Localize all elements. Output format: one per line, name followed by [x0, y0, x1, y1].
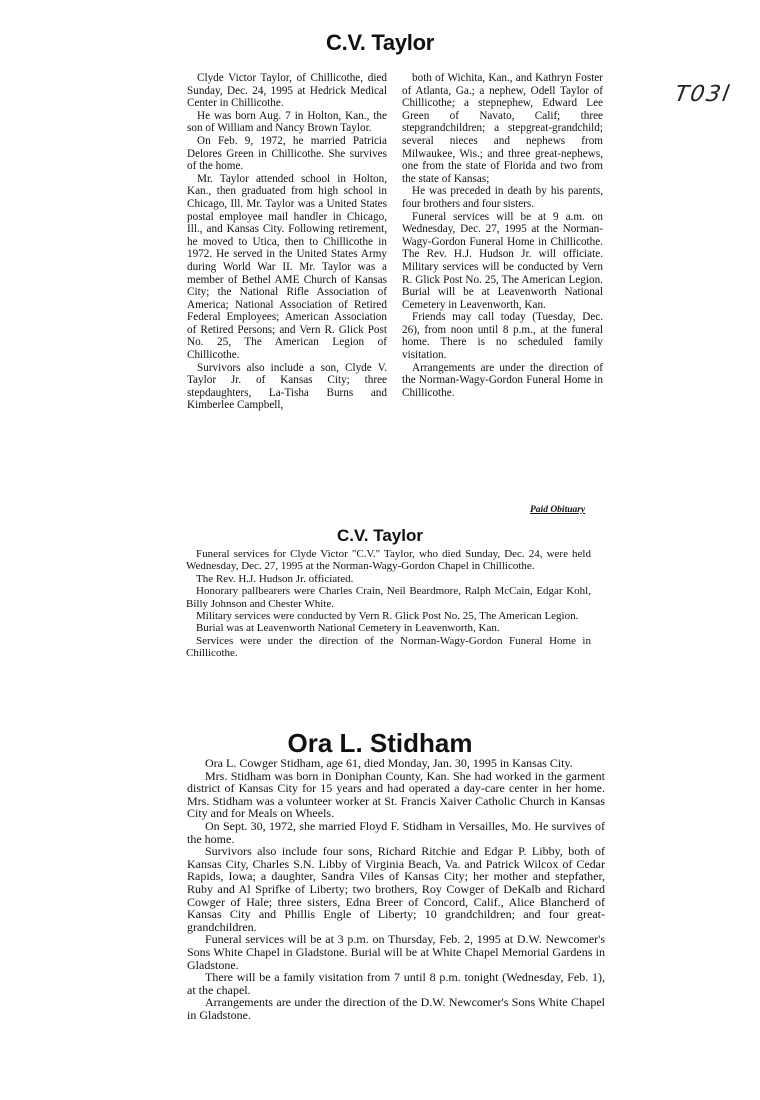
obituary2-body: Funeral services for Clyde Victor "C.V."…	[186, 548, 591, 660]
paragraph: Funeral services for Clyde Victor "C.V."…	[186, 548, 591, 573]
paragraph: Arrangements are under the direction of …	[402, 362, 603, 400]
paragraph: He was preceded in death by his parents,…	[402, 185, 603, 210]
paragraph: Honorary pallbearers were Charles Crain,…	[186, 585, 591, 610]
paragraph: Funeral services will be at 3 p.m. on Th…	[187, 933, 605, 971]
obituary1-column-2: both of Wichita, Kan., and Kathryn Foste…	[402, 72, 603, 399]
paragraph: Services were under the direction of the…	[186, 635, 591, 660]
paragraph: both of Wichita, Kan., and Kathryn Foste…	[402, 72, 603, 185]
obituary3-body: Ora L. Cowger Stidham, age 61, died Mond…	[187, 757, 605, 1021]
paragraph: Clyde Victor Taylor, of Chillicothe, die…	[187, 72, 387, 110]
paragraph: The Rev. H.J. Hudson Jr. officiated.	[186, 573, 591, 585]
paragraph: Military services were conducted by Vern…	[186, 610, 591, 622]
paragraph: Ora L. Cowger Stidham, age 61, died Mond…	[187, 757, 605, 770]
obituary-title-cv-taylor: C.V. Taylor	[0, 30, 760, 56]
obituary-title-cv-taylor-followup: C.V. Taylor	[0, 526, 760, 546]
paragraph: He was born Aug. 7 in Holton, Kan., the …	[187, 110, 387, 135]
paragraph: On Sept. 30, 1972, she married Floyd F. …	[187, 820, 605, 845]
obituary-title-ora-stidham: Ora L. Stidham	[0, 728, 760, 759]
paragraph: Friends may call today (Tuesday, Dec. 26…	[402, 311, 603, 361]
paragraph: Mr. Taylor attended school in Holton, Ka…	[187, 173, 387, 362]
handwritten-annotation: T03l	[673, 82, 733, 107]
paragraph: Survivors also include a son, Clyde V. T…	[187, 362, 387, 412]
paragraph: There will be a family visitation from 7…	[187, 971, 605, 996]
paragraph: Burial was at Leavenworth National Cemet…	[186, 622, 591, 634]
paragraph: Funeral services will be at 9 a.m. on We…	[402, 211, 603, 312]
paid-obituary-label: Paid Obituary	[530, 505, 585, 515]
paragraph: Mrs. Stidham was born in Doniphan County…	[187, 770, 605, 820]
paragraph: Survivors also include four sons, Richar…	[187, 845, 605, 933]
paragraph: On Feb. 9, 1972, he married Patricia Del…	[187, 135, 387, 173]
paragraph: Arrangements are under the direction of …	[187, 996, 605, 1021]
obituary1-column-1: Clyde Victor Taylor, of Chillicothe, die…	[187, 72, 387, 412]
